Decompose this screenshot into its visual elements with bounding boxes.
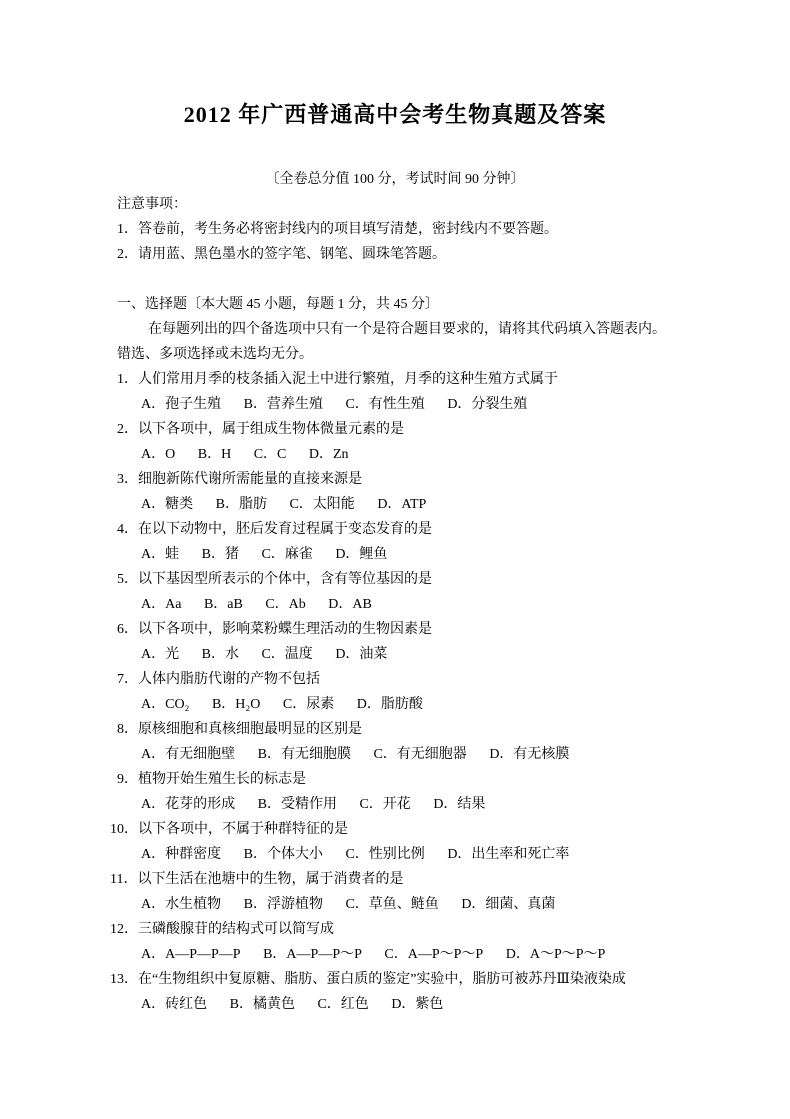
question-10: 10．以下各项中，不属于种群特征的是 A．种群密度 B．个体大小 C．性别比例 … [117, 817, 750, 867]
option-a: A．砖红色 [141, 997, 207, 1012]
question-stem: 3．细胞新陈代谢所需能量的直接来源是 [117, 467, 750, 492]
question-4: 4．在以下动物中，胚后发育过程属于变态发育的是 A．蛙 B．猪 C．麻雀 D．鲤… [117, 517, 750, 567]
question-options: A．A—P—P—P B．A—P—P～P C．A—P～P～P D．A～P～P～P [117, 942, 750, 967]
option-b: B．营养生殖 [244, 397, 323, 412]
option-c: C．红色 [317, 997, 368, 1012]
option-d: D．油菜 [335, 647, 387, 662]
question-options: A．Aa B．aB C．Ab D．AB [117, 592, 750, 617]
question-options: A．砖红色 B．橘黄色 C．红色 D．紫色 [117, 992, 750, 1017]
option-a: A．有无细胞壁 [141, 747, 235, 762]
option-b: B．浮游植物 [244, 897, 323, 912]
option-b: B．猪 [202, 547, 239, 562]
question-stem: 8．原核细胞和真核细胞最明显的区别是 [117, 717, 750, 742]
question-5: 5．以下基因型所表示的个体中，含有等位基因的是 A．Aa B．aB C．Ab D… [117, 567, 750, 617]
option-b: B．水 [202, 647, 239, 662]
option-d: D．结果 [433, 797, 485, 812]
option-d: D．Zn [309, 447, 349, 462]
question-options: A．花芽的形成 B．受精作用 C．开花 D．结果 [117, 792, 750, 817]
option-d: D．紫色 [391, 997, 443, 1012]
option-c: C．性别比例 [345, 847, 424, 862]
option-b: B．有无细胞膜 [258, 747, 351, 762]
question-1: 1．人们常用月季的枝条插入泥土中进行繁殖，月季的这种生殖方式属于 A．孢子生殖 … [117, 367, 750, 417]
option-d: D．有无核膜 [489, 747, 569, 762]
question-13: 13．在“生物组织中复原糖、脂肪、蛋白质的鉴定”实验中，脂肪可被苏丹Ⅲ染液染成 … [117, 967, 750, 1017]
option-b: B．H [198, 447, 231, 462]
question-stem: 5．以下基因型所表示的个体中，含有等位基因的是 [117, 567, 750, 592]
question-options: A．O B．H C．C D．Zn [117, 442, 750, 467]
option-a: A．Aa [141, 597, 181, 612]
option-b: B．H₂O [212, 697, 260, 712]
option-c: C．有无细胞器 [373, 747, 466, 762]
option-c: C．A—P～P～P [384, 947, 483, 962]
question-options: A．光 B．水 C．温度 D．油菜 [117, 642, 750, 667]
option-d: D．ATP [377, 497, 426, 512]
document-subtitle: 〔全卷总分值 100 分，考试时间 90 分钟〕 [0, 167, 790, 192]
option-c: C．有性生殖 [345, 397, 424, 412]
option-b: B．脂肪 [216, 497, 267, 512]
section-heading: 一、选择题〔本大题 45 小题，每题 1 分，共 45 分〕 [117, 292, 750, 317]
question-stem: 11．以下生活在池塘中的生物，属于消费者的是 [110, 867, 750, 892]
option-c: C．开花 [359, 797, 410, 812]
question-stem: 12．三磷酸腺苷的结构式可以简写成 [110, 917, 750, 942]
question-3: 3．细胞新陈代谢所需能量的直接来源是 A．糖类 B．脂肪 C．太阳能 D．ATP [117, 467, 750, 517]
option-d: D．A～P～P～P [506, 947, 606, 962]
question-options: A．蛙 B．猪 C．麻雀 D．鲤鱼 [117, 542, 750, 567]
option-b: B．A—P—P～P [263, 947, 362, 962]
question-stem: 9．植物开始生殖生长的标志是 [117, 767, 750, 792]
question-12: 12．三磷酸腺苷的结构式可以简写成 A．A—P—P—P B．A—P—P～P C．… [117, 917, 750, 967]
notice-heading: 注意事项： [117, 192, 750, 217]
option-d: D．鲤鱼 [335, 547, 387, 562]
option-a: A．花芽的形成 [141, 797, 235, 812]
option-a: A．O [141, 447, 175, 462]
option-d: D．分裂生殖 [447, 397, 527, 412]
option-d: D．AB [328, 597, 372, 612]
question-8: 8．原核细胞和真核细胞最明显的区别是 A．有无细胞壁 B．有无细胞膜 C．有无细… [117, 717, 750, 767]
question-options: A．CO₂ B．H₂O C．尿素 D．脂肪酸 [117, 692, 750, 717]
option-c: C．麻雀 [261, 547, 312, 562]
question-stem: 6．以下各项中，影响菜粉蝶生理活动的生物因素是 [117, 617, 750, 642]
question-options: A．水生植物 B．浮游植物 C．草鱼、鲢鱼 D．细菌、真菌 [117, 892, 750, 917]
question-7: 7．人体内脂肪代谢的产物不包括 A．CO₂ B．H₂O C．尿素 D．脂肪酸 [117, 667, 750, 717]
question-options: A．糖类 B．脂肪 C．太阳能 D．ATP [117, 492, 750, 517]
question-stem: 4．在以下动物中，胚后发育过程属于变态发育的是 [117, 517, 750, 542]
document-title: 2012 年广西普通高中会考生物真题及答案 [0, 100, 790, 130]
section-instruction-2: 错选、多项选择或未选均无分。 [117, 342, 750, 367]
option-a: A．种群密度 [141, 847, 221, 862]
option-a: A．A—P—P—P [141, 947, 241, 962]
notice-item-1: 1．答卷前，考生务必将密封线内的项目填写清楚，密封线内不要答题。 [117, 217, 750, 242]
document-body: 注意事项： 1．答卷前，考生务必将密封线内的项目填写清楚，密封线内不要答题。 2… [117, 192, 750, 1017]
option-b: B．aB [204, 597, 243, 612]
option-b: B．受精作用 [258, 797, 337, 812]
option-b: B．个体大小 [244, 847, 323, 862]
question-stem: 2．以下各项中，属于组成生物体微量元素的是 [117, 417, 750, 442]
question-stem: 10．以下各项中，不属于种群特征的是 [110, 817, 750, 842]
question-6: 6．以下各项中，影响菜粉蝶生理活动的生物因素是 A．光 B．水 C．温度 D．油… [117, 617, 750, 667]
question-11: 11．以下生活在池塘中的生物，属于消费者的是 A．水生植物 B．浮游植物 C．草… [117, 867, 750, 917]
notice-item-2: 2．请用蓝、黑色墨水的签字笔、钢笔、圆珠笔答题。 [117, 242, 750, 267]
option-a: A．CO₂ [141, 697, 189, 712]
option-d: D．脂肪酸 [357, 697, 423, 712]
question-9: 9．植物开始生殖生长的标志是 A．花芽的形成 B．受精作用 C．开花 D．结果 [117, 767, 750, 817]
question-stem: 1．人们常用月季的枝条插入泥土中进行繁殖，月季的这种生殖方式属于 [117, 367, 750, 392]
option-a: A．孢子生殖 [141, 397, 221, 412]
question-2: 2．以下各项中，属于组成生物体微量元素的是 A．O B．H C．C D．Zn [117, 417, 750, 467]
option-d: D．细菌、真菌 [461, 897, 555, 912]
option-a: A．光 [141, 647, 179, 662]
option-c: C．太阳能 [289, 497, 354, 512]
option-a: A．水生植物 [141, 897, 221, 912]
spacer [117, 267, 750, 292]
question-stem: 7．人体内脂肪代谢的产物不包括 [117, 667, 750, 692]
option-c: C．C [254, 447, 287, 462]
question-options: A．有无细胞壁 B．有无细胞膜 C．有无细胞器 D．有无核膜 [117, 742, 750, 767]
exam-document-page: 2012 年广西普通高中会考生物真题及答案 〔全卷总分值 100 分，考试时间 … [0, 0, 790, 1119]
option-c: C．草鱼、鲢鱼 [345, 897, 438, 912]
option-c: C．尿素 [283, 697, 334, 712]
option-c: C．温度 [261, 647, 312, 662]
question-options: A．孢子生殖 B．营养生殖 C．有性生殖 D．分裂生殖 [117, 392, 750, 417]
option-d: D．出生率和死亡率 [447, 847, 569, 862]
question-stem: 13．在“生物组织中复原糖、脂肪、蛋白质的鉴定”实验中，脂肪可被苏丹Ⅲ染液染成 [110, 967, 750, 992]
option-c: C．Ab [265, 597, 305, 612]
question-options: A．种群密度 B．个体大小 C．性别比例 D．出生率和死亡率 [117, 842, 750, 867]
option-b: B．橘黄色 [230, 997, 295, 1012]
section-instruction-1: 在每题列出的四个备选项中只有一个是符合题目要求的，请将其代码填入答题表内。 [117, 317, 750, 342]
option-a: A．蛙 [141, 547, 179, 562]
option-a: A．糖类 [141, 497, 193, 512]
